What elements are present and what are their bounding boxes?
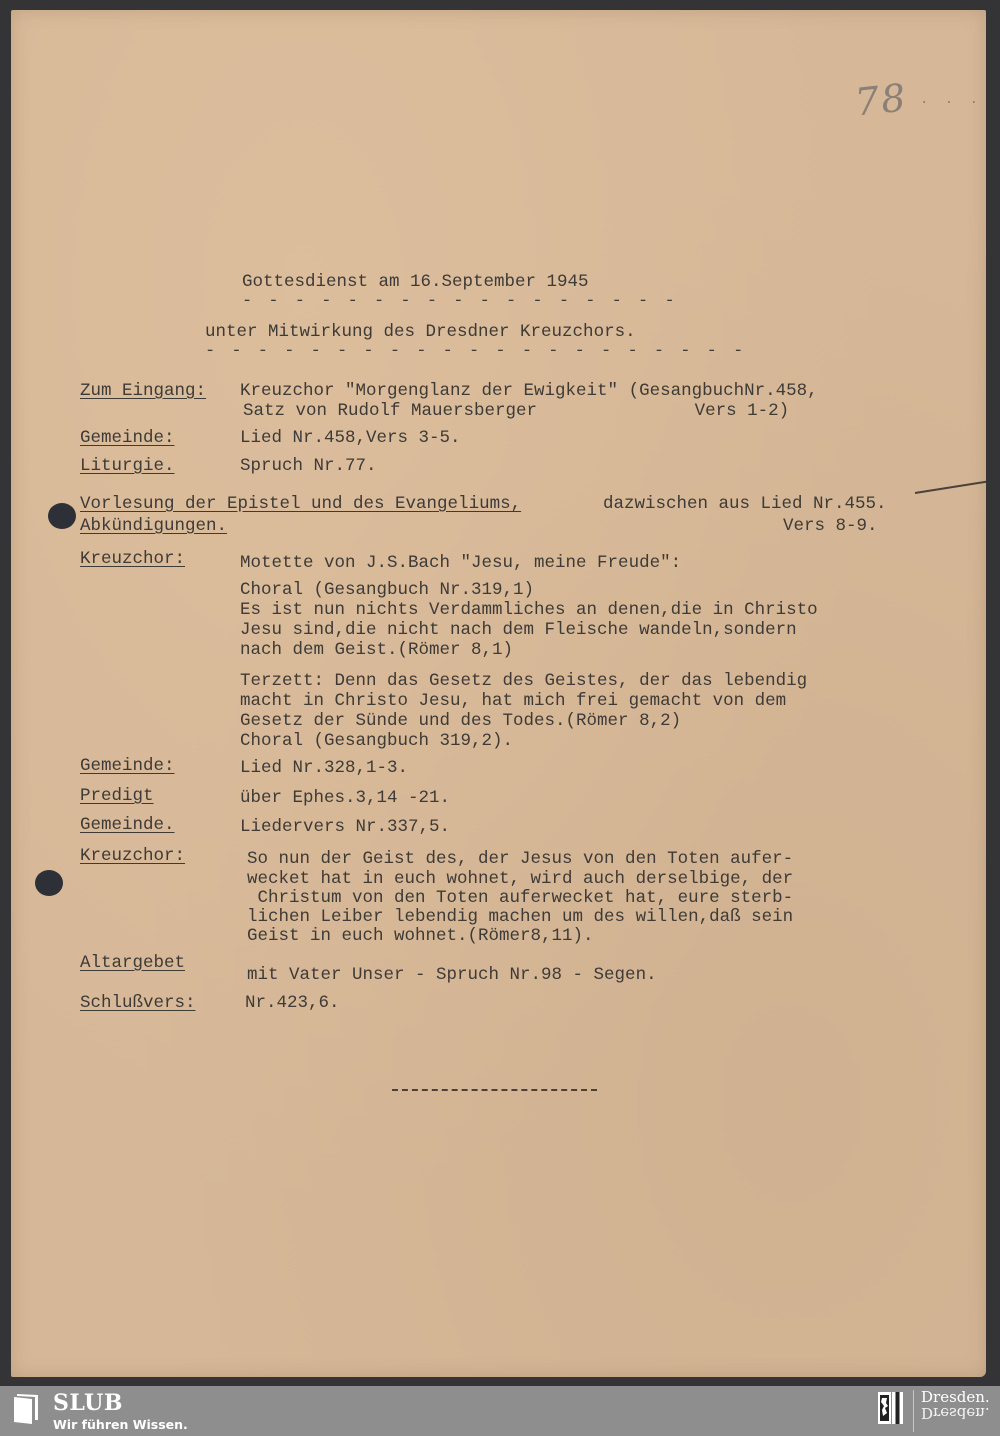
label-zum-eingang: Zum Eingang: [80, 381, 206, 401]
dresden-crest-icon [878, 1392, 904, 1424]
label-gemeinde-1: Gemeinde: [80, 428, 175, 448]
motette-line-8: Gesetz der Sünde und des Todes.(Römer 8,… [240, 711, 681, 731]
folio-number: 78 [853, 75, 910, 124]
label-gemeinde-2: Gemeinde: [80, 756, 175, 776]
label-gemeinde-3: Gemeinde. [80, 815, 175, 835]
entry-schlussvers: Nr.423,6. [245, 993, 340, 1013]
motette-heading: Motette von J.S.Bach "Jesu, meine Freude… [240, 553, 681, 573]
slub-brand[interactable]: SLUB [53, 1390, 123, 1416]
footer-bar: SLUB Wir führen Wissen. Dresden. Dresden… [0, 1386, 1000, 1436]
entry-vorlesung-line1: dazwischen aus Lied Nr.455. [603, 494, 887, 514]
book-logo-icon [14, 1394, 38, 1424]
motette-line-5: nach dem Geist.(Römer 8,1) [240, 640, 513, 660]
entry-zum-eingang-line1: Kreuzchor "Morgenglanz der Ewigkeit" (Ge… [240, 381, 818, 401]
label-altargebet: Altargebet [80, 953, 185, 973]
document-title: Gottesdienst am 16.September 1945 [242, 272, 589, 292]
entry-predigt: über Ephes.3,14 -21. [240, 788, 450, 808]
motette-line-3: Es ist nun nichts Verdammliches an denen… [240, 600, 818, 620]
entry-gemeinde-3: Liedervers Nr.337,5. [240, 817, 450, 837]
title-underline: - - - - - - - - - - - - - - - - - [242, 292, 678, 311]
motette-line-2: Choral (Gesangbuch Nr.319,1) [240, 580, 534, 600]
subtitle-underline: - - - - - - - - - - - - - - - - - - - - … [205, 342, 746, 361]
punch-hole-top [48, 503, 76, 529]
motette-line-4: Jesu sind,die nicht nach dem Fleische wa… [240, 620, 797, 640]
motette-line-6: Terzett: Denn das Gesetz des Geistes, de… [240, 671, 807, 691]
entry-zum-eingang-line2: Satz von Rudolf Mauersberger Vers 1-2) [243, 401, 789, 421]
document-subtitle: unter Mitwirkung des Dresdner Kreuzchors… [205, 322, 636, 342]
label-predigt: Predigt [80, 786, 154, 806]
slub-tagline: Wir führen Wissen. [53, 1417, 188, 1432]
end-rule [392, 1089, 597, 1091]
kreuzchor2-line-2: wecket hat in euch wohnet, wird auch der… [247, 869, 793, 889]
label-kreuzchor-2: Kreuzchor: [80, 846, 185, 866]
label-vorlesung: Vorlesung der Epistel und des Evangelium… [80, 494, 521, 514]
label-liturgie: Liturgie. [80, 456, 175, 476]
folio-dots: . . . [920, 92, 982, 108]
punch-hole-bottom [35, 870, 63, 896]
label-schlussvers: Schlußvers: [80, 993, 196, 1013]
entry-altargebet: mit Vater Unser - Spruch Nr.98 - Segen. [247, 965, 657, 985]
dresden-brand[interactable]: Dresden. [921, 1390, 990, 1405]
entry-liturgie: Spruch Nr.77. [240, 456, 377, 476]
kreuzchor2-line-1: So nun der Geist des, der Jesus von den … [247, 849, 793, 869]
dresden-brand-reflection: Dresden. [921, 1405, 990, 1420]
motette-line-7: macht in Christo Jesu, hat mich frei gem… [240, 691, 786, 711]
entry-gemeinde-2: Lied Nr.328,1-3. [240, 758, 408, 778]
label-abkuendigungen: Abkündigungen. [80, 516, 227, 536]
motette-line-9: Choral (Gesangbuch 319,2). [240, 731, 513, 751]
footer-divider [913, 1390, 914, 1432]
entry-gemeinde-1: Lied Nr.458,Vers 3-5. [240, 428, 461, 448]
kreuzchor2-line-4: lichen Leiber lebendig machen um des wil… [247, 907, 793, 927]
label-kreuzchor-1: Kreuzchor: [80, 549, 185, 569]
kreuzchor2-line-3: Christum von den Toten auferwecket hat, … [247, 888, 793, 908]
kreuzchor2-line-5: Geist in euch wohnet.(Römer8,11). [247, 926, 594, 946]
entry-vorlesung-line2: Vers 8-9. [783, 516, 878, 536]
